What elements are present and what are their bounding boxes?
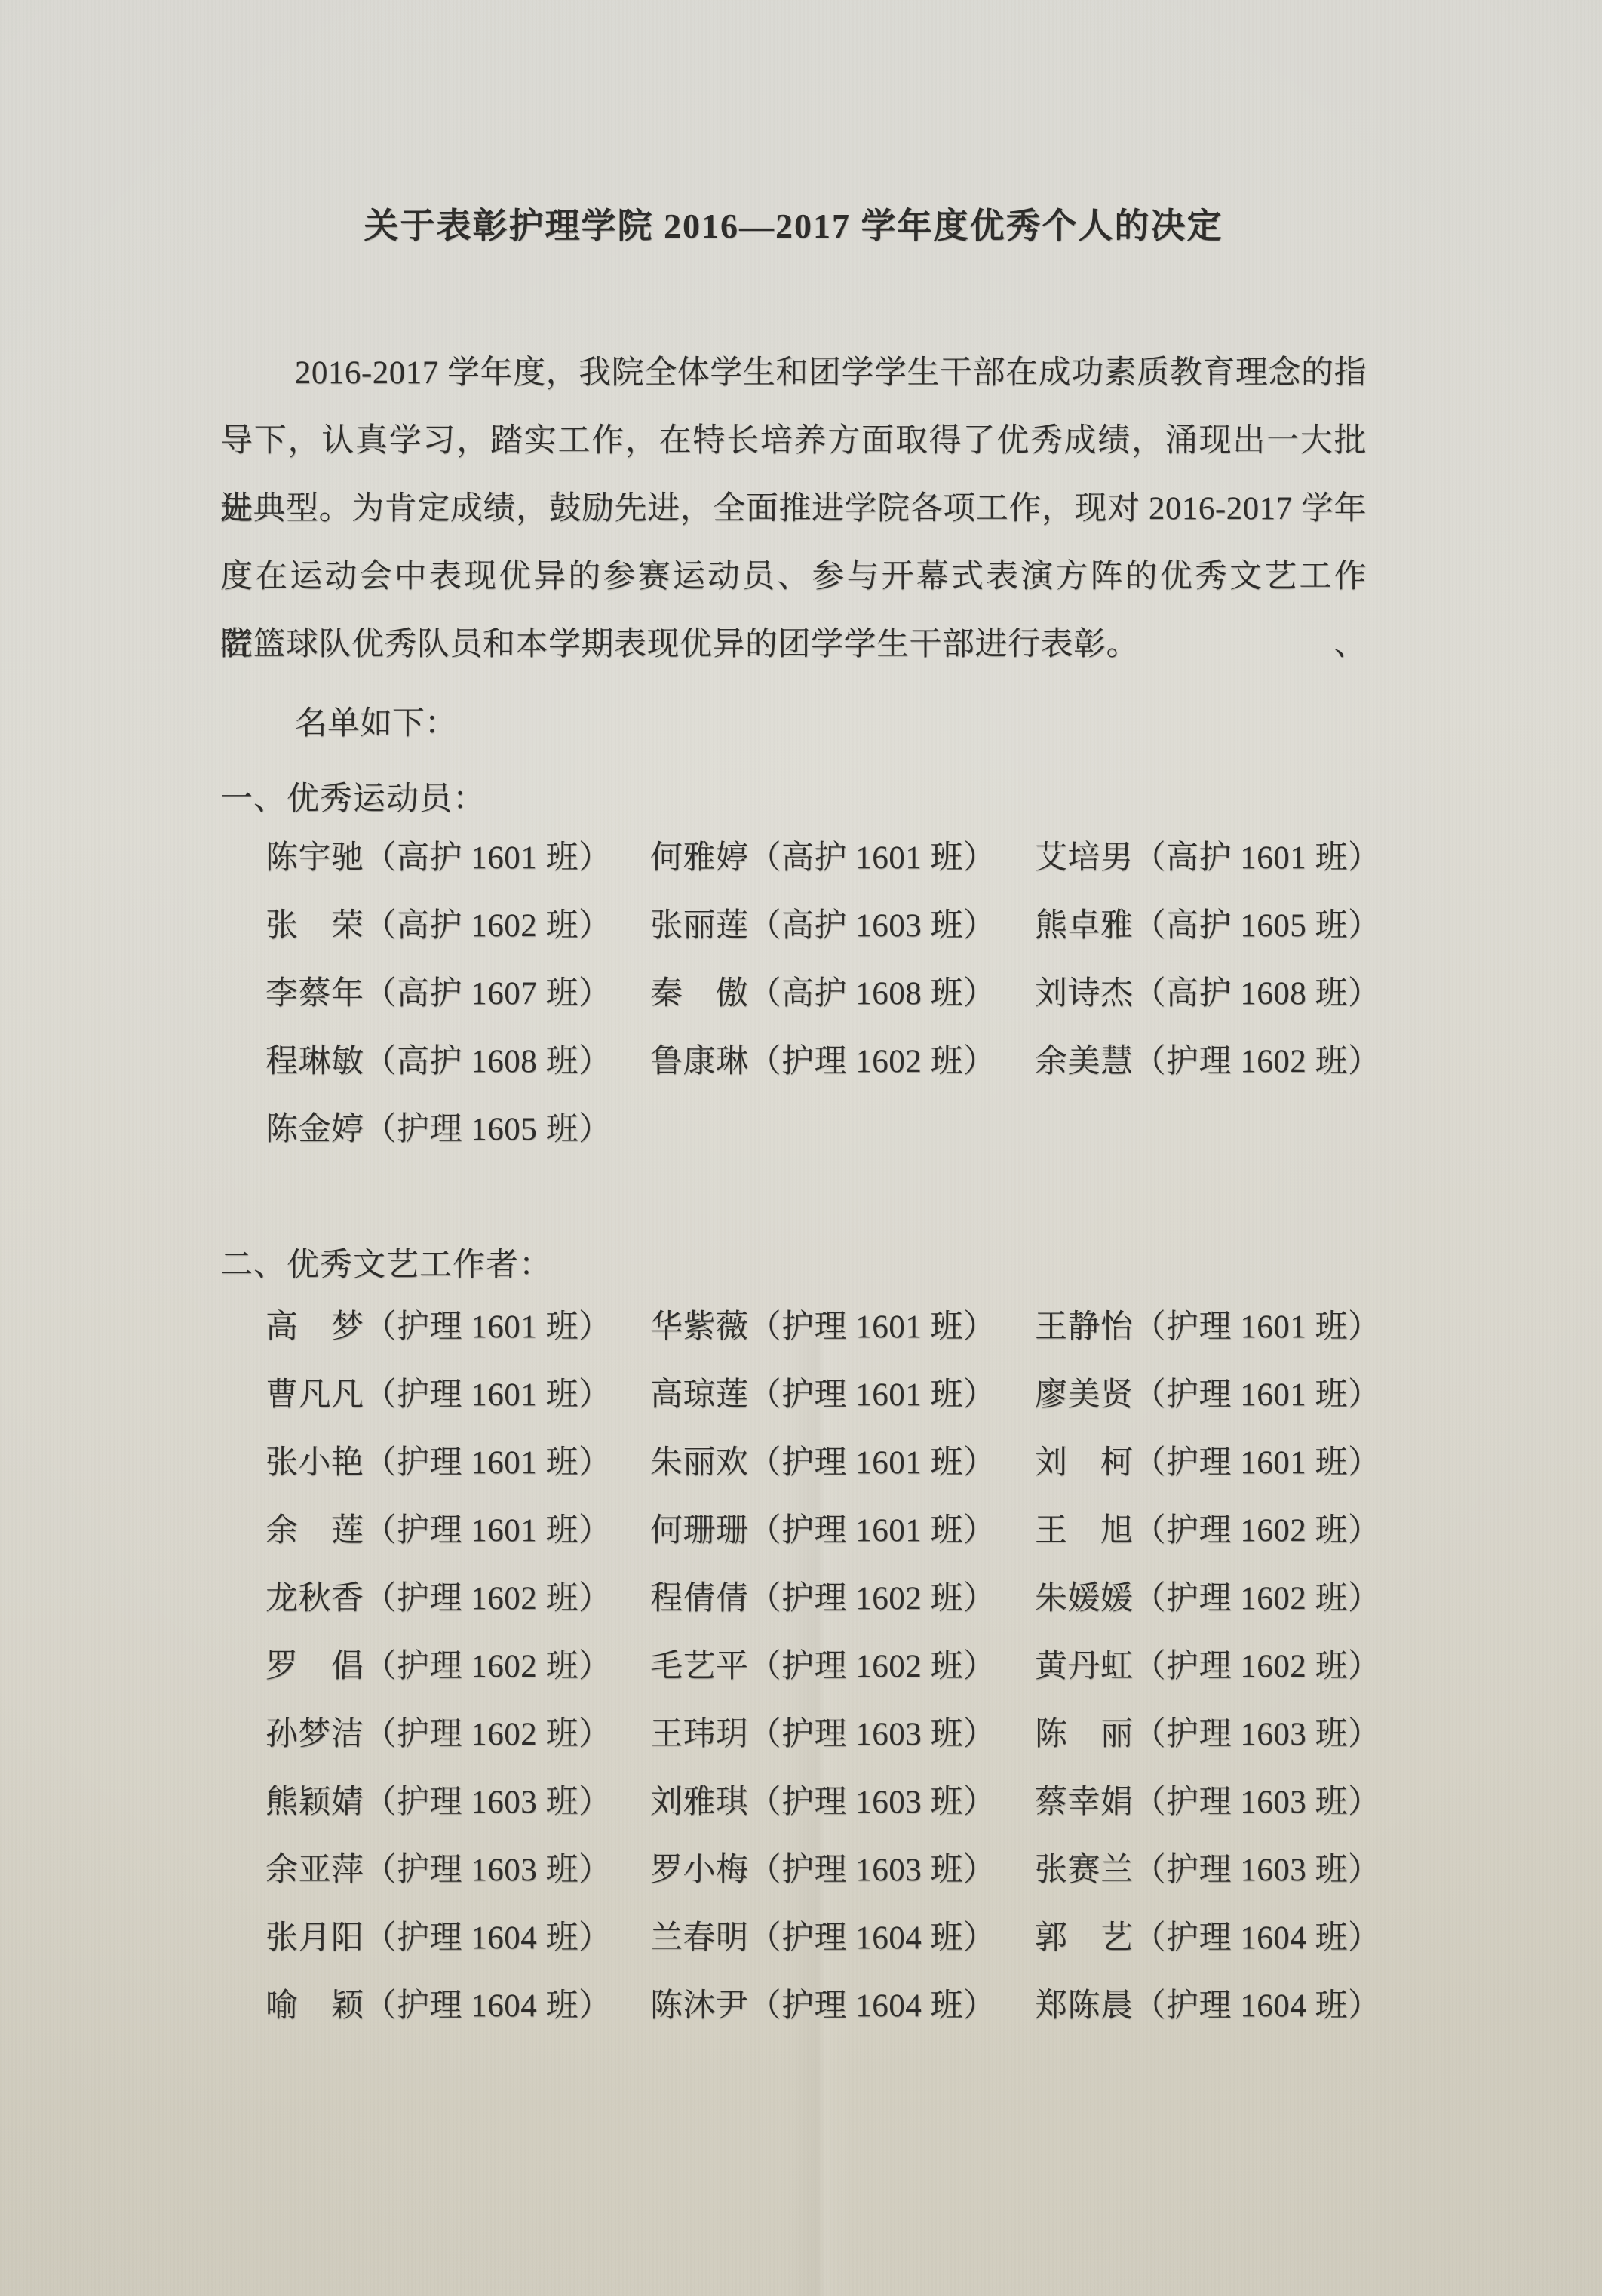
roster-row: 罗 倡（护理 1602 班）毛艺平（护理 1602 班）黄丹虹（护理 1602 … [220, 1633, 1367, 1701]
roster-entry: 高 梦（护理 1601 班） [265, 1294, 650, 1361]
roster-entry: 王静怡（护理 1601 班） [1035, 1294, 1381, 1361]
roster-entry: 余亚萍（护理 1603 班） [265, 1837, 650, 1905]
roster-entry: 罗 倡（护理 1602 班） [265, 1633, 650, 1701]
roster-row: 张月阳（护理 1604 班）兰春明（护理 1604 班）郭 艺（护理 1604 … [220, 1905, 1367, 1972]
roster-entry: 蔡幸娟（护理 1603 班） [1035, 1769, 1381, 1837]
roster-entry: 程琳敏（高护 1608 班） [265, 1028, 650, 1096]
section-art-workers: 二、优秀文艺工作者： 高 梦（护理 1601 班）华紫薇（护理 1601 班）王… [220, 1232, 1367, 2040]
roster-entry: 张月阳（护理 1604 班） [265, 1905, 650, 1972]
roster-entry: 毛艺平（护理 1602 班） [650, 1633, 1035, 1701]
roster-entry: 李蔡年（高护 1607 班） [265, 960, 650, 1028]
section-athletes: 一、优秀运动员： 陈宇驰（高护 1601 班）何雅婷（高护 1601 班）艾培男… [220, 766, 1367, 1164]
roster-entry: 余美慧（护理 1602 班） [1035, 1028, 1381, 1096]
roster-entry: 刘 柯（护理 1601 班） [1035, 1429, 1381, 1497]
roster-entry: 熊颖婧（护理 1603 班） [265, 1769, 650, 1837]
roster-entry: 喻 颖（护理 1604 班） [265, 1972, 650, 2040]
roster-entry: 曹凡凡（护理 1601 班） [265, 1361, 650, 1429]
section-art-workers-list: 高 梦（护理 1601 班）华紫薇（护理 1601 班）王静怡（护理 1601 … [220, 1294, 1367, 2040]
roster-entry: 秦 傲（高护 1608 班） [650, 960, 1035, 1028]
roster-entry: 程倩倩（护理 1602 班） [650, 1565, 1035, 1633]
paragraph-line: 导下，认真学习，踏实工作，在特长培养方面取得了优秀成绩，涌现出一大批先 [220, 407, 1367, 475]
document-title: 关于表彰护理学院 2016—2017 学年度优秀个人的决定 [220, 189, 1367, 264]
roster-entry: 黄丹虹（护理 1602 班） [1035, 1633, 1381, 1701]
roster-entry: 张丽莲（高护 1603 班） [650, 892, 1035, 960]
roster-entry: 罗小梅（护理 1603 班） [650, 1837, 1035, 1905]
section-athletes-heading: 一、优秀运动员： [220, 766, 1367, 833]
roster-entry: 何珊珊（护理 1601 班） [650, 1497, 1035, 1565]
roster-entry: 陈金婷（护理 1605 班） [265, 1096, 650, 1164]
roster-row: 陈宇驰（高护 1601 班）何雅婷（高护 1601 班）艾培男（高护 1601 … [220, 824, 1367, 892]
roster-entry: 刘雅琪（护理 1603 班） [650, 1769, 1035, 1837]
roster-entry: 刘诗杰（高护 1608 班） [1035, 960, 1381, 1028]
roster-entry: 张赛兰（护理 1603 班） [1035, 1837, 1381, 1905]
document-photo: 关于表彰护理学院 2016—2017 学年度优秀个人的决定 2016-2017 … [0, 0, 1602, 2296]
section-athletes-list: 陈宇驰（高护 1601 班）何雅婷（高护 1601 班）艾培男（高护 1601 … [220, 824, 1367, 1164]
roster-entry: 陈宇驰（高护 1601 班） [265, 824, 650, 892]
roster-entry: 龙秋香（护理 1602 班） [265, 1565, 650, 1633]
roster-row: 余亚萍（护理 1603 班）罗小梅（护理 1603 班）张赛兰（护理 1603 … [220, 1837, 1367, 1905]
roster-entry: 鲁康琳（护理 1602 班） [650, 1028, 1035, 1096]
roster-entry: 朱媛媛（护理 1602 班） [1035, 1565, 1381, 1633]
section-art-workers-heading: 二、优秀文艺工作者： [220, 1232, 1367, 1300]
roster-row: 喻 颖（护理 1604 班）陈沐尹（护理 1604 班）郑陈晨（护理 1604 … [220, 1972, 1367, 2040]
roster-row: 龙秋香（护理 1602 班）程倩倩（护理 1602 班）朱媛媛（护理 1602 … [220, 1565, 1367, 1633]
roster-entry: 张 荣（高护 1602 班） [265, 892, 650, 960]
roster-entry: 陈 丽（护理 1603 班） [1035, 1701, 1381, 1769]
roster-row: 张 荣（高护 1602 班）张丽莲（高护 1603 班）熊卓雅（高护 1605 … [220, 892, 1367, 960]
roster-entry: 郑陈晨（护理 1604 班） [1035, 1972, 1381, 2040]
roster-entry: 廖美贤（护理 1601 班） [1035, 1361, 1381, 1429]
document-content: 关于表彰护理学院 2016—2017 学年度优秀个人的决定 2016-2017 … [220, 189, 1367, 2040]
roster-entry: 孙梦洁（护理 1602 班） [265, 1701, 650, 1769]
roster-entry: 郭 艺（护理 1604 班） [1035, 1905, 1381, 1972]
roster-entry: 王 旭（护理 1602 班） [1035, 1497, 1381, 1565]
body-paragraph: 2016-2017 学年度，我院全体学生和团学学生干部在成功素质教育理念的指导下… [220, 339, 1367, 679]
roster-row: 李蔡年（高护 1607 班）秦 傲（高护 1608 班）刘诗杰（高护 1608 … [220, 960, 1367, 1028]
roster-entry: 艾培男（高护 1601 班） [1035, 824, 1381, 892]
roster-entry: 高琼莲（护理 1601 班） [650, 1361, 1035, 1429]
roster-entry: 陈沐尹（护理 1604 班） [650, 1972, 1035, 2040]
paragraph-line: 进典型。为肯定成绩，鼓励先进，全面推进学院各项工作，现对 2016-2017 学… [220, 475, 1367, 543]
roster-entry: 华紫薇（护理 1601 班） [650, 1294, 1035, 1361]
roster-entry: 兰春明（护理 1604 班） [650, 1905, 1035, 1972]
roster-entry: 余 莲（护理 1601 班） [265, 1497, 650, 1565]
roster-entry: 张小艳（护理 1601 班） [265, 1429, 650, 1497]
roster-row: 熊颖婧（护理 1603 班）刘雅琪（护理 1603 班）蔡幸娟（护理 1603 … [220, 1769, 1367, 1837]
paragraph-line: 度在运动会中表现优异的参赛运动员、参与开幕式表演方阵的优秀文艺工作者、 [220, 543, 1367, 611]
paragraph-line: 2016-2017 学年度，我院全体学生和团学学生干部在成功素质教育理念的指 [220, 339, 1367, 407]
roster-row: 张小艳（护理 1601 班）朱丽欢（护理 1601 班）刘 柯（护理 1601 … [220, 1429, 1367, 1497]
roster-row: 陈金婷（护理 1605 班） [220, 1096, 1367, 1164]
roster-row: 程琳敏（高护 1608 班）鲁康琳（护理 1602 班）余美慧（护理 1602 … [220, 1028, 1367, 1096]
roster-row: 曹凡凡（护理 1601 班）高琼莲（护理 1601 班）廖美贤（护理 1601 … [220, 1361, 1367, 1429]
roster-entry: 熊卓雅（高护 1605 班） [1035, 892, 1381, 960]
roster-row: 高 梦（护理 1601 班）华紫薇（护理 1601 班）王静怡（护理 1601 … [220, 1294, 1367, 1361]
list-intro: 名单如下： [220, 690, 1367, 758]
roster-entry: 何雅婷（高护 1601 班） [650, 824, 1035, 892]
roster-entry: 朱丽欢（护理 1601 班） [650, 1429, 1035, 1497]
roster-row: 孙梦洁（护理 1602 班）王玮玥（护理 1603 班）陈 丽（护理 1603 … [220, 1701, 1367, 1769]
roster-entry: 王玮玥（护理 1603 班） [650, 1701, 1035, 1769]
roster-row: 余 莲（护理 1601 班）何珊珊（护理 1601 班）王 旭（护理 1602 … [220, 1497, 1367, 1565]
